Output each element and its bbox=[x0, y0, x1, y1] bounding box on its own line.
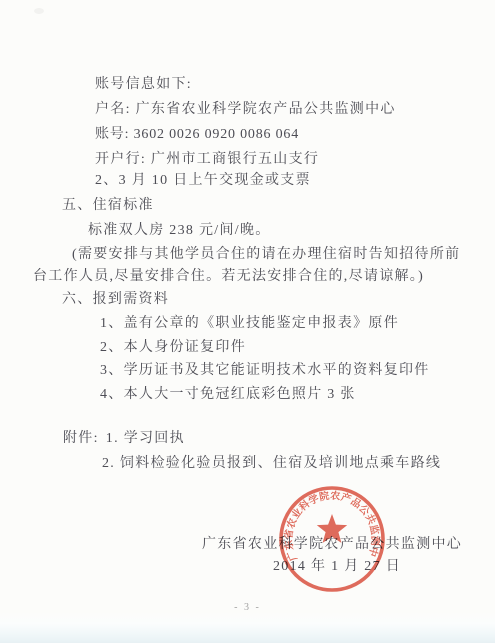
attachments-label: 附件: bbox=[63, 431, 99, 446]
attachment-item: 1. 学习回执 bbox=[106, 431, 185, 446]
payment-note: 2、3 月 10 日上午交现金或支票 bbox=[95, 169, 311, 189]
material-item: 2、本人身份证复印件 bbox=[100, 336, 246, 356]
room-standard: 标准双人房 238 元/间/晚。 bbox=[88, 219, 271, 239]
page-number: - 3 - bbox=[0, 602, 495, 613]
account-intro: 账号信息如下: bbox=[95, 73, 192, 93]
section5-heading: 五、住宿标准 bbox=[62, 194, 154, 214]
material-item: 4、本人大一寸免冠红底彩色照片 3 张 bbox=[100, 383, 356, 403]
material-item: 3、学历证书及其它能证明技术水平的资料复印件 bbox=[100, 359, 430, 379]
room-note-line1: (需要安排与其他学员合住的请在办理住宿时告知招待所前 bbox=[72, 243, 460, 263]
official-seal: 广东省农业科学院农产品公共监测中心 bbox=[277, 484, 387, 594]
seal-ring bbox=[281, 488, 383, 590]
attachments-line: 附件:1. 学习回执 bbox=[63, 427, 185, 447]
account-name: 户名: 广东省农业科学院农产品公共监测中心 bbox=[95, 98, 396, 118]
scan-smudge bbox=[34, 8, 44, 14]
section6-heading: 六、报到需资料 bbox=[62, 288, 169, 308]
attachment-item: 2. 饲料检验化验员报到、住宿及培训地点乘车路线 bbox=[102, 452, 441, 472]
document-page: 账号信息如下: 户名: 广东省农业科学院农产品公共监测中心 账号: 3602 0… bbox=[0, 0, 495, 643]
bank-name: 开户行: 广州市工商银行五山支行 bbox=[95, 148, 319, 168]
account-number: 账号: 3602 0026 0920 0086 064 bbox=[95, 123, 299, 143]
star-icon bbox=[317, 514, 347, 543]
material-item: 1、盖有公章的《职业技能鉴定申报表》原件 bbox=[100, 312, 399, 332]
room-note-line2: 台工作人员,尽量安排合住。若无法安排合住的,尽请谅解。) bbox=[33, 265, 424, 285]
